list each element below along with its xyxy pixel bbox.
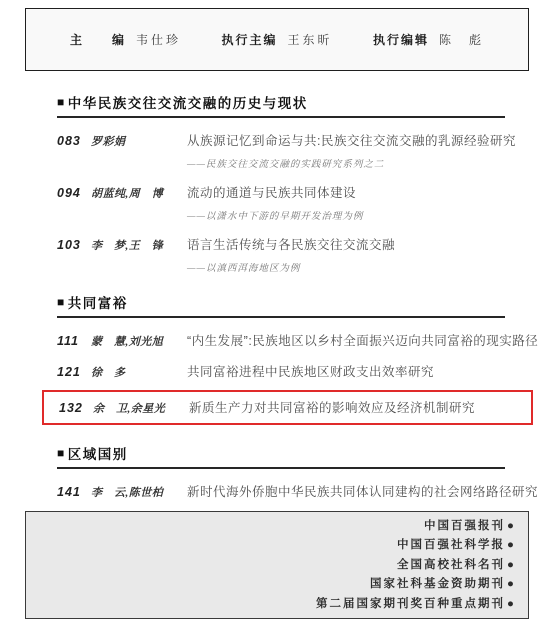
entry-authors: 胡蓝纯,周 博 [91,185,187,201]
entry-subtitle: ——以滇西洱海地区为例 [187,260,505,274]
accolade-text: 中国百强报刊 [424,520,505,532]
entry-title: 共同富裕进程中民族地区财政支出效率研究 [187,362,434,380]
section-title-text: 区域国别 [68,443,128,463]
editor-info-box: 主 编 韦仕珍 执行主编 王东昕 执行编辑 陈 彪 [25,8,529,71]
executive-chief-editor-label: 执行主编 [221,31,277,48]
entry-title: “内生发展”:民族地区以乡村全面振兴迈向共同富裕的现实路径 [187,331,538,349]
section-title: ■ 中华民族交往交流交融的历史与现状 [57,92,505,118]
square-marker-icon: ■ [57,446,66,460]
entry-title: 新时代海外侨胞中华民族共同体认同建构的社会网络路径研究 [187,482,538,500]
entry-row: 141 李 云,陈世柏 新时代海外侨胞中华民族共同体认同建构的社会网络路径研究 [57,482,505,500]
page-number: 141 [57,485,91,499]
toc-entry: 111 蒙 慧,刘光旭 “内生发展”:民族地区以乡村全面振兴迈向共同富裕的现实路… [57,331,505,349]
journal-toc-page: 主 编 韦仕珍 执行主编 王东昕 执行编辑 陈 彪 ■ 中华民族交往交流交融的历… [0,0,554,630]
chief-editor-field: 主 编 韦仕珍 [70,31,181,48]
accolade-line: 全国高校社科名刊● [40,557,514,574]
section-title: ■ 共同富裕 [57,292,505,318]
bullet-icon: ● [507,598,514,610]
bullet-icon: ● [507,520,514,532]
page-number: 083 [57,134,91,148]
toc-entry: 141 李 云,陈世柏 新时代海外侨胞中华民族共同体认同建构的社会网络路径研究 [57,482,505,500]
entry-authors: 蒙 慧,刘光旭 [91,333,187,349]
toc-entry: 121 徐 多 共同富裕进程中民族地区财政支出效率研究 [57,362,505,380]
page-number: 132 [59,401,93,415]
entry-title: 语言生活传统与各民族交往交流交融 [187,235,395,253]
entry-row: 083 罗彩娟 从族源记忆到命运与共:民族交往交流交融的乳源经验研究 [57,131,505,149]
chief-editor-name: 韦仕珍 [136,31,181,48]
accolade-text: 中国百强社科学报 [397,539,505,551]
section-title-text: 共同富裕 [68,292,128,312]
entry-row: 094 胡蓝纯,周 博 流动的通道与民族共同体建设 [57,183,505,201]
square-marker-icon: ■ [57,295,66,309]
executive-chief-editor-field: 执行主编 王东昕 [221,31,332,48]
accolade-line: 中国百强社科学报● [40,537,514,554]
toc-entry: 094 胡蓝纯,周 博 流动的通道与民族共同体建设 ——以潇水中下游的早期开发治… [57,183,505,222]
bullet-icon: ● [507,578,514,590]
accolade-line: 第二届国家期刊奖百种重点期刊● [40,596,514,613]
entry-title: 流动的通道与民族共同体建设 [187,183,356,201]
executive-editor-label: 执行编辑 [373,31,429,48]
executive-chief-editor-name: 王东昕 [288,31,333,48]
executive-editor-field: 执行编辑 陈 彪 [373,31,484,48]
toc-entry-highlighted: 132 余 卫,余星光 新质生产力对共同富裕的影响效应及经济机制研究 [57,390,505,425]
entry-title: 从族源记忆到命运与共:民族交往交流交融的乳源经验研究 [187,131,516,149]
accolade-text: 国家社科基金资助期刊 [370,578,505,590]
executive-editor-name: 陈 彪 [439,31,484,48]
toc-content: ■ 中华民族交往交流交融的历史与现状 083 罗彩娟 从族源记忆到命运与共:民族… [57,92,505,570]
entry-subtitle: ——以潇水中下游的早期开发治理为例 [187,208,505,222]
entry-row: 121 徐 多 共同富裕进程中民族地区财政支出效率研究 [57,362,505,380]
entry-row: 111 蒙 慧,刘光旭 “内生发展”:民族地区以乡村全面振兴迈向共同富裕的现实路… [57,331,505,349]
bullet-icon: ● [507,539,514,551]
entry-authors: 徐 多 [91,364,187,380]
entry-authors: 李 梦,王 锋 [91,237,187,253]
red-highlight-box: 132 余 卫,余星光 新质生产力对共同富裕的影响效应及经济机制研究 [42,390,533,425]
accolade-line: 国家社科基金资助期刊● [40,576,514,593]
entry-row: 103 李 梦,王 锋 语言生活传统与各民族交往交流交融 [57,235,505,253]
page-number: 121 [57,365,91,379]
page-number: 111 [57,334,91,348]
accolades-box: 中国百强报刊● 中国百强社科学报● 全国高校社科名刊● 国家社科基金资助期刊● … [25,511,529,619]
square-marker-icon: ■ [57,95,66,109]
entry-authors: 余 卫,余星光 [93,400,189,416]
accolade-line: 中国百强报刊● [40,518,514,535]
page-number: 103 [57,238,91,252]
accolade-text: 第二届国家期刊奖百种重点期刊 [316,598,505,610]
toc-entry: 103 李 梦,王 锋 语言生活传统与各民族交往交流交融 ——以滇西洱海地区为例 [57,235,505,274]
entry-authors: 李 云,陈世柏 [91,484,187,500]
entry-authors: 罗彩娟 [91,133,187,149]
section-title: ■ 区域国别 [57,443,505,469]
section-common-prosperity: ■ 共同富裕 111 蒙 慧,刘光旭 “内生发展”:民族地区以乡村全面振兴迈向共… [57,292,505,425]
accolade-text: 全国高校社科名刊 [397,559,505,571]
toc-entry: 083 罗彩娟 从族源记忆到命运与共:民族交往交流交融的乳源经验研究 ——民族交… [57,131,505,170]
chief-editor-label: 主 编 [70,31,126,48]
entry-title: 新质生产力对共同富裕的影响效应及经济机制研究 [189,398,475,416]
section-history-status: ■ 中华民族交往交流交融的历史与现状 083 罗彩娟 从族源记忆到命运与共:民族… [57,92,505,274]
section-title-text: 中华民族交往交流交融的历史与现状 [68,92,308,112]
page-number: 094 [57,186,91,200]
entry-subtitle: ——民族交往交流交融的实践研究系列之二 [187,156,505,170]
bullet-icon: ● [507,559,514,571]
